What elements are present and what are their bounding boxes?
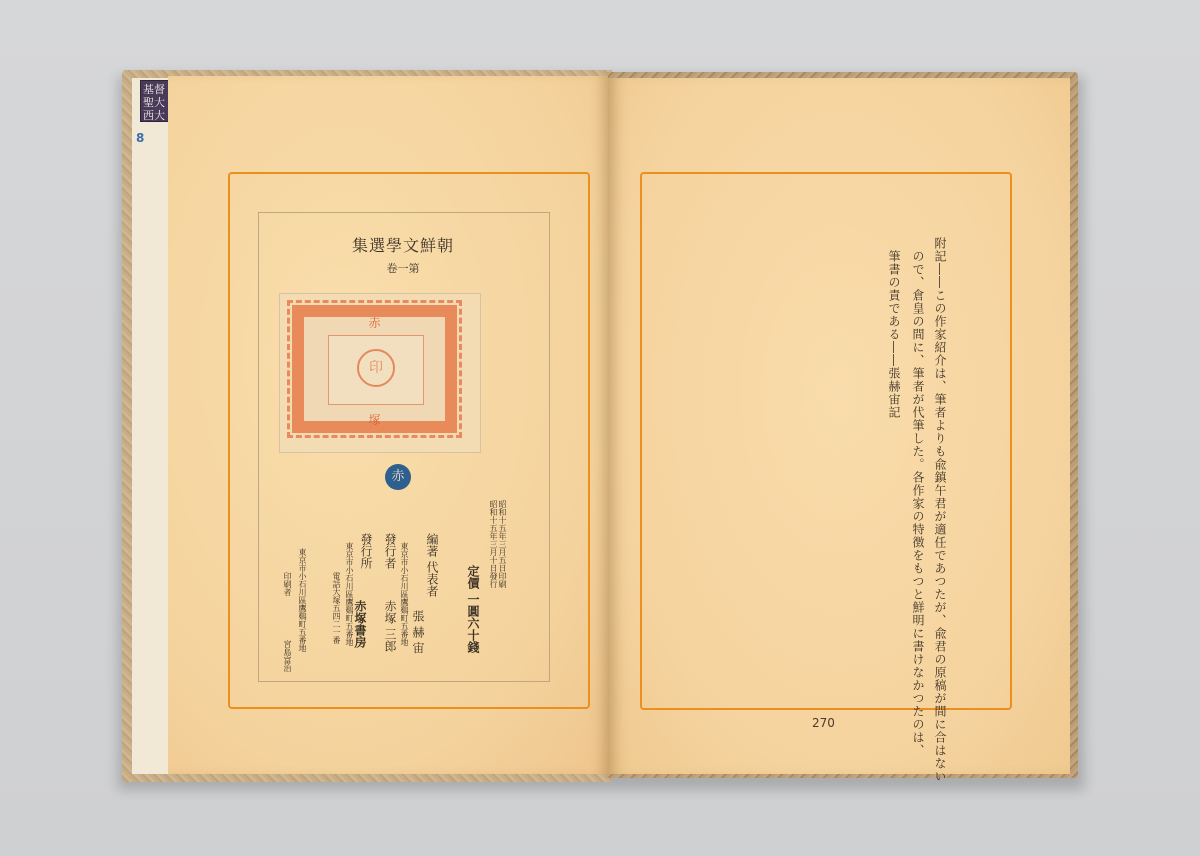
printer-label: 印刷者: [282, 572, 293, 596]
publisher-address: 東京市小石川區鷹鷄町五番地: [399, 542, 410, 646]
label-char: 大: [154, 109, 165, 122]
afterword-line-3: 筆書の責である――張赫宙記: [886, 250, 903, 419]
page-number: 270: [812, 716, 835, 730]
label-char: 督: [154, 83, 165, 96]
blue-seal-icon: 赤: [385, 464, 411, 490]
publisher-label: 發行者: [382, 533, 399, 569]
printer-address: 東京市小石川區鷹鷄町五番地: [297, 548, 308, 652]
publishing-house-label: 發行所: [358, 533, 375, 569]
phone-number: 電話大塚五四二一番: [331, 572, 342, 644]
afterword-line-1: 附記――この作家紹介は、筆者よりも兪鎮午君が適任であつたが、兪君の原稿が間に合は…: [932, 237, 949, 783]
stamp-bottom-char: 塚: [292, 411, 457, 428]
label-char: 聖: [143, 96, 154, 109]
right-page-frame: [640, 172, 1012, 710]
stamp-seal-icon: 印: [357, 349, 395, 387]
label-char: 大: [154, 96, 165, 109]
publisher-name: 赤塚 三郎: [382, 600, 399, 652]
book-title: 集選學文鮮朝: [258, 233, 548, 256]
publishing-house-name: 赤塚書房: [352, 600, 369, 648]
label-char: 西: [143, 109, 154, 122]
label-char: 基: [143, 83, 154, 96]
editor-name: 張 赫 宙: [410, 610, 427, 654]
printer-name: 宮島富治: [282, 640, 293, 672]
afterword-line-2: ので、倉皇の間に、筆者が代筆した。各作家の特徴をもつと鮮明に書けなかつたのは、: [910, 250, 927, 757]
editor-label: 編著 代表者: [424, 533, 441, 597]
volume-label: 卷一第: [258, 260, 548, 276]
publish-date: 昭和十五年三月十日發行: [488, 500, 499, 588]
shelf-number-mark: 8: [136, 131, 144, 145]
price: 定價 一圓六十錢: [465, 565, 482, 653]
stamp-top-char: 赤: [292, 314, 457, 331]
